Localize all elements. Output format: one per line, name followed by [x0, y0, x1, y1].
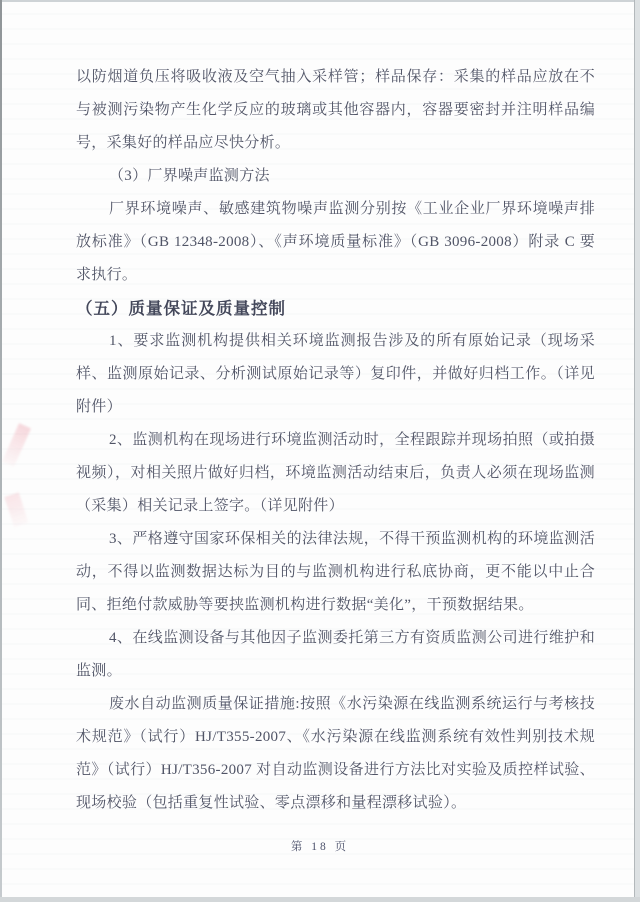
- page-number: 第 18 页: [0, 838, 640, 854]
- scan-edge-bottom: [0, 897, 640, 902]
- paragraph-item-1-original-records: 1、要求监测机构提供相关环境监测报告涉及的所有原始记录（现场采样、监测原始记录、…: [76, 325, 595, 424]
- document-body: 以防烟道负压将吸收液及空气抽入采样管；样品保存：采集的样品应放在不与被测污染物产…: [76, 61, 595, 820]
- paragraph-item-2-onsite-tracking: 2、监测机构在现场进行环境监测活动时，全程跟踪并现场拍照（或拍摄视频），对相关照…: [76, 424, 595, 523]
- paragraph-item-4-online-monitoring: 4、在线监测设备与其他因子监测委托第三方有资质监测公司进行维护和监测。: [76, 622, 595, 688]
- pink-ink-smudge: [4, 492, 28, 527]
- scan-edge-left: [0, 0, 2, 902]
- paragraph-noise-standards: 厂界环境噪声、敏感建筑物噪声监测分别按《工业企业厂界环境噪声排放标准》（GB 1…: [76, 193, 595, 292]
- section-heading-quality-assurance: （五）质量保证及质量控制: [76, 292, 595, 325]
- scan-edge-top: [0, 0, 640, 2]
- paragraph-noise-method-title: （3）厂界噪声监测方法: [76, 160, 595, 193]
- pink-ink-smudge: [2, 423, 31, 467]
- paragraph-wastewater-auto-monitoring: 废水自动监测质量保证措施:按照《水污染源在线监测系统运行与考核技术规范》（试行）…: [76, 688, 595, 820]
- paragraph-sampling-preservation: 以防烟道负压将吸收液及空气抽入采样管；样品保存：采集的样品应放在不与被测污染物产…: [76, 61, 595, 160]
- paragraph-item-3-legal-compliance: 3、严格遵守国家环保相关的法律法规，不得干预监测机构的环境监测活动，不得以监测数…: [76, 523, 595, 622]
- scan-edge-right: [635, 0, 640, 902]
- scanned-document-page: 以防烟道负压将吸收液及空气抽入采样管；样品保存：采集的样品应放在不与被测污染物产…: [0, 0, 640, 902]
